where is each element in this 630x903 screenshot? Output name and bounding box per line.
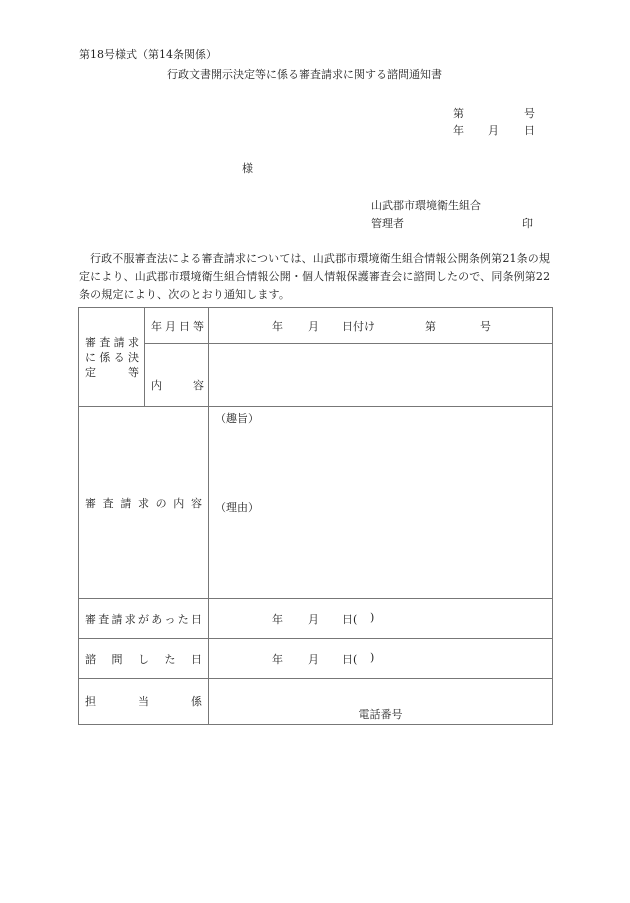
label-char: 求 <box>125 611 136 627</box>
label-char: 内 <box>151 377 162 393</box>
content-label-cell: 内 容 <box>145 344 209 407</box>
day-dated-label: 日付け <box>342 318 425 334</box>
label-char: 査 <box>99 335 110 350</box>
label-char: 当 <box>138 693 149 709</box>
label-char: 請 <box>112 611 123 627</box>
request-date-label: 審 査 請 求 が あ っ た 日 <box>79 611 208 627</box>
month-label: 月 <box>308 318 342 334</box>
reference-number-prefix: 第 <box>453 107 464 121</box>
form-number: 第18号様式（第14条関係） <box>79 48 217 62</box>
label-char: 決 <box>128 350 139 365</box>
label-char: た <box>178 611 189 627</box>
issue-date-day: 日 <box>524 124 535 138</box>
day-label: 日( <box>342 651 370 667</box>
month-label: 月 <box>308 651 342 667</box>
sender-organization: 山武郡市環境衛生組合 <box>371 199 481 213</box>
staff-field[interactable]: 電話番号 <box>209 679 553 725</box>
decision-content-field[interactable] <box>209 344 553 407</box>
staff-label-cell: 担 当 係 <box>79 679 209 725</box>
table-row-request-date: 審 査 請 求 が あ っ た 日 年 月 日( ) <box>79 599 553 639</box>
table-row-staff: 担 当 係 電話番号 <box>79 679 553 725</box>
label-char: 問 <box>112 651 123 667</box>
request-date-field[interactable]: 年 月 日( ) <box>209 599 553 639</box>
label-char: 定 <box>85 365 96 380</box>
label-char: 求 <box>128 335 139 350</box>
year-label: 年 <box>272 611 308 627</box>
label-char: 請 <box>114 335 125 350</box>
label-char: 等 <box>128 365 139 380</box>
request-date-label-cell: 審 査 請 求 が あ っ た 日 <box>79 599 209 639</box>
label-char: 係 <box>191 693 202 709</box>
table-row-consult-date: 諮 問 し た 日 年 月 日( ) <box>79 639 553 679</box>
label-char: た <box>165 651 176 667</box>
weekday-close: ) <box>370 651 374 667</box>
purpose-label: （趣旨） <box>215 410 259 426</box>
addressee-honorific: 様 <box>242 162 253 176</box>
number-prefix: 第 <box>425 318 480 334</box>
label-char: 審 <box>85 335 96 350</box>
label-char: が <box>138 611 149 627</box>
label-char: 容 <box>193 377 204 393</box>
label-char: 月 <box>165 318 176 334</box>
date-label: 年 月 日 等 <box>145 318 208 334</box>
label-char: 日 <box>191 651 202 667</box>
label-char: 容 <box>191 495 202 511</box>
label-char: 内 <box>173 495 184 511</box>
label-char: っ <box>165 611 176 627</box>
notice-body-text: 行政不服審査法による審査請求については、山武郡市環境衛生組合情報公開条例第21条… <box>79 250 551 304</box>
label-char: 日 <box>179 318 190 334</box>
notice-form-table: 審 査 請 求 に 係 る 決 定 等 年 月 <box>78 307 553 725</box>
label-char: 係 <box>99 350 110 365</box>
content-label: 内 容 <box>145 357 208 393</box>
label-char: 審 <box>85 611 96 627</box>
document-title: 行政文書開示決定等に係る審査請求に関する諮問通知書 <box>167 68 442 82</box>
label-char: 諮 <box>85 651 96 667</box>
month-label: 月 <box>308 611 342 627</box>
table-row-decision-date: 審 査 請 求 に 係 る 決 定 等 年 月 <box>79 308 553 344</box>
label-char: し <box>138 651 149 667</box>
request-content-label: 審 査 請 求 の 内 容 <box>79 495 208 511</box>
table-row-request-content: 審 査 請 求 の 内 容 （趣旨） （理由） <box>79 407 553 599</box>
reference-number-suffix: 号 <box>524 107 535 121</box>
year-label: 年 <box>272 651 308 667</box>
weekday-close: ) <box>370 611 374 627</box>
label-char: に <box>85 350 96 365</box>
label-char: 請 <box>120 495 131 511</box>
day-label: 日( <box>342 611 370 627</box>
year-label: 年 <box>272 318 308 334</box>
issue-date-month: 月 <box>488 124 499 138</box>
table-row-decision-content: 内 容 <box>79 344 553 407</box>
date-label-cell: 年 月 日 等 <box>145 308 209 344</box>
label-char: あ <box>151 611 162 627</box>
decision-date-field[interactable]: 年 月 日付け 第 号 <box>209 308 553 344</box>
label-char: 等 <box>193 318 204 334</box>
label-char: 査 <box>98 611 109 627</box>
consult-date-label: 諮 問 し た 日 <box>79 651 208 667</box>
decision-label-cell: 審 査 請 求 に 係 る 決 定 等 <box>79 308 145 407</box>
label-char: 年 <box>151 318 162 334</box>
request-content-field[interactable]: （趣旨） （理由） <box>209 407 553 599</box>
label-char: 査 <box>103 495 114 511</box>
label-char: の <box>156 495 167 511</box>
consult-date-label-cell: 諮 問 し た 日 <box>79 639 209 679</box>
number-suffix: 号 <box>480 318 491 334</box>
sender-title: 管理者 <box>371 217 404 231</box>
issue-date-year: 年 <box>453 124 464 138</box>
request-content-label-cell: 審 査 請 求 の 内 容 <box>79 407 209 599</box>
reason-label: （理由） <box>215 499 259 515</box>
label-char: 担 <box>85 693 96 709</box>
consult-date-field[interactable]: 年 月 日( ) <box>209 639 553 679</box>
label-char: 審 <box>85 495 96 511</box>
label-char: 日 <box>191 611 202 627</box>
staff-label: 担 当 係 <box>79 693 208 709</box>
decision-label: 審 査 請 求 に 係 る 決 定 等 <box>79 335 144 380</box>
label-char: る <box>114 350 125 365</box>
label-char: 求 <box>138 495 149 511</box>
phone-number-label: 電話番号 <box>359 708 403 721</box>
seal-mark: 印 <box>522 217 533 231</box>
